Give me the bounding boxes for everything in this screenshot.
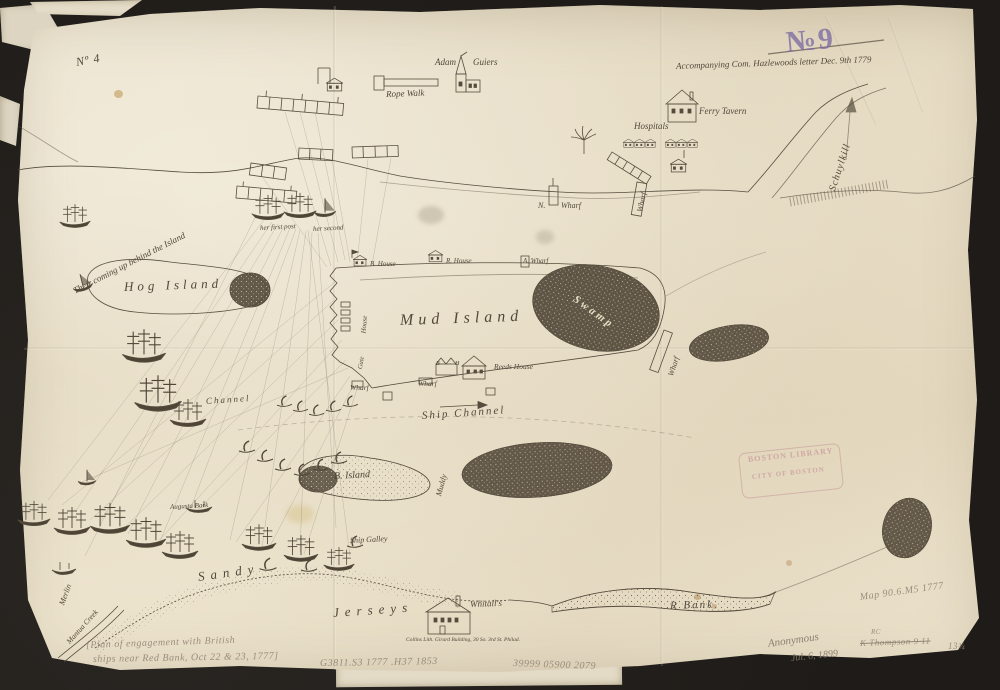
map-artwork xyxy=(0,0,1000,690)
ship-icon xyxy=(70,272,93,293)
hulk-icon xyxy=(186,500,212,513)
ship-icon xyxy=(18,501,50,526)
ship-channel-arrow xyxy=(440,402,487,409)
ship-icon xyxy=(242,524,276,550)
ferry-tavern-icon xyxy=(666,90,698,122)
red-bank xyxy=(552,544,894,612)
ship-icon xyxy=(259,558,276,570)
ship-icon xyxy=(126,517,166,547)
ship-icon xyxy=(135,375,182,411)
ship-icon xyxy=(54,507,90,535)
hulk-icon xyxy=(52,562,76,575)
island-pier xyxy=(650,330,673,373)
barracks-row xyxy=(236,90,651,203)
ship-icon xyxy=(122,329,165,362)
ship-icon xyxy=(90,503,130,533)
mud-island xyxy=(330,250,672,400)
ship-icon xyxy=(284,193,316,218)
galley-icon xyxy=(275,459,291,470)
pen-strike xyxy=(768,40,884,54)
galley-icon xyxy=(257,450,273,461)
reeds-house-icon xyxy=(436,356,486,379)
island-wharf xyxy=(521,256,529,267)
tree-icon xyxy=(571,126,596,154)
rope-walk-building xyxy=(374,76,438,90)
road-line xyxy=(18,126,78,162)
house-icon xyxy=(428,251,443,262)
shoreline xyxy=(18,158,748,193)
ship-icon xyxy=(314,198,336,216)
map-scan: Nº 4№9Accompanying Com. Hazlewoods lette… xyxy=(0,0,1000,690)
church-icon xyxy=(456,52,480,92)
galley-icon xyxy=(309,405,324,416)
ship-icon xyxy=(324,547,355,570)
ship-icon xyxy=(252,195,284,220)
galley-icon xyxy=(347,536,363,547)
shoal xyxy=(460,319,938,563)
ship-icon xyxy=(284,535,318,561)
ship-icon xyxy=(60,204,91,227)
house-icon xyxy=(326,78,343,91)
house-icon xyxy=(353,255,367,266)
schuylkill-river xyxy=(748,84,975,202)
hog-island xyxy=(88,259,270,314)
jersey-shore xyxy=(95,574,552,648)
ship-icon xyxy=(162,531,198,559)
